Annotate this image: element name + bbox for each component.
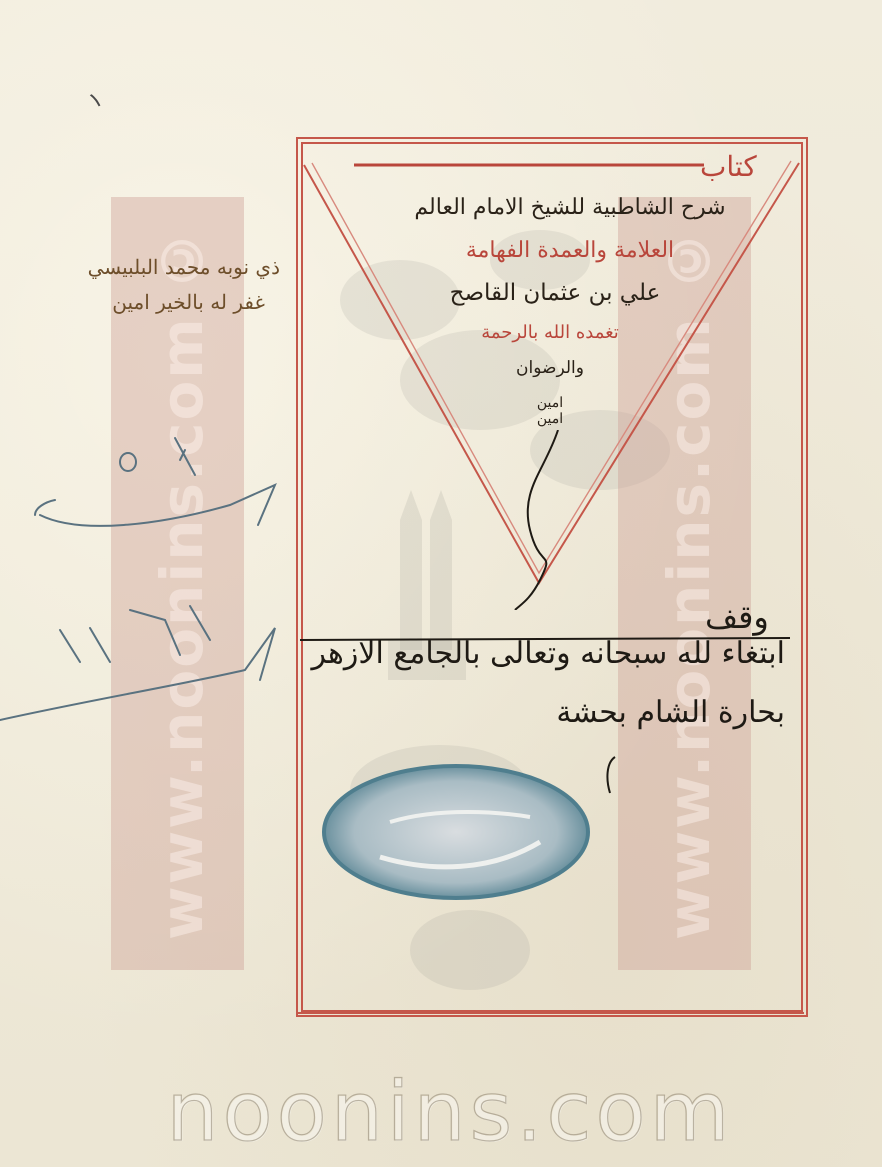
title-line-4: تغمده الله بالرحمة — [460, 322, 640, 343]
pencil-shelfmark — [0, 430, 300, 730]
title-line-3: علي بن عثمان القاصح — [440, 280, 670, 306]
title-line-1: شرح الشاطبية للشيخ الامام العالم — [360, 195, 780, 220]
title-amin-2: امين — [520, 411, 580, 427]
margin-note-line-1: ذي نوبه محمد البلبيسي — [30, 255, 280, 279]
waqf-line-3: بحارة الشام بحشة — [390, 695, 785, 730]
oval-seal-stamp — [320, 762, 592, 902]
waqf-line-2: ابتغاء لله سبحانه وتعالى بالجامع الازهر — [300, 636, 785, 671]
title-amin-1: امين — [520, 395, 580, 411]
watermark-bottom: noonins.com — [140, 1065, 760, 1160]
manuscript-page: www.noonins.com © www.noonins.com © كتاب… — [0, 0, 882, 1167]
margin-note-line-2: غفر له بالخير امين — [30, 290, 265, 314]
title-line-5: والرضوان — [500, 358, 600, 378]
folio-number: ١ — [85, 87, 107, 115]
ink-hook-mark — [600, 755, 620, 795]
flourish-stroke — [500, 430, 570, 610]
title-kitab: كتاب — [700, 150, 757, 183]
title-line-2: العلامة والعمدة الفهامة — [380, 238, 760, 263]
waqf-heading: وقف — [705, 598, 769, 636]
title-line-6: امين امين — [520, 395, 580, 427]
